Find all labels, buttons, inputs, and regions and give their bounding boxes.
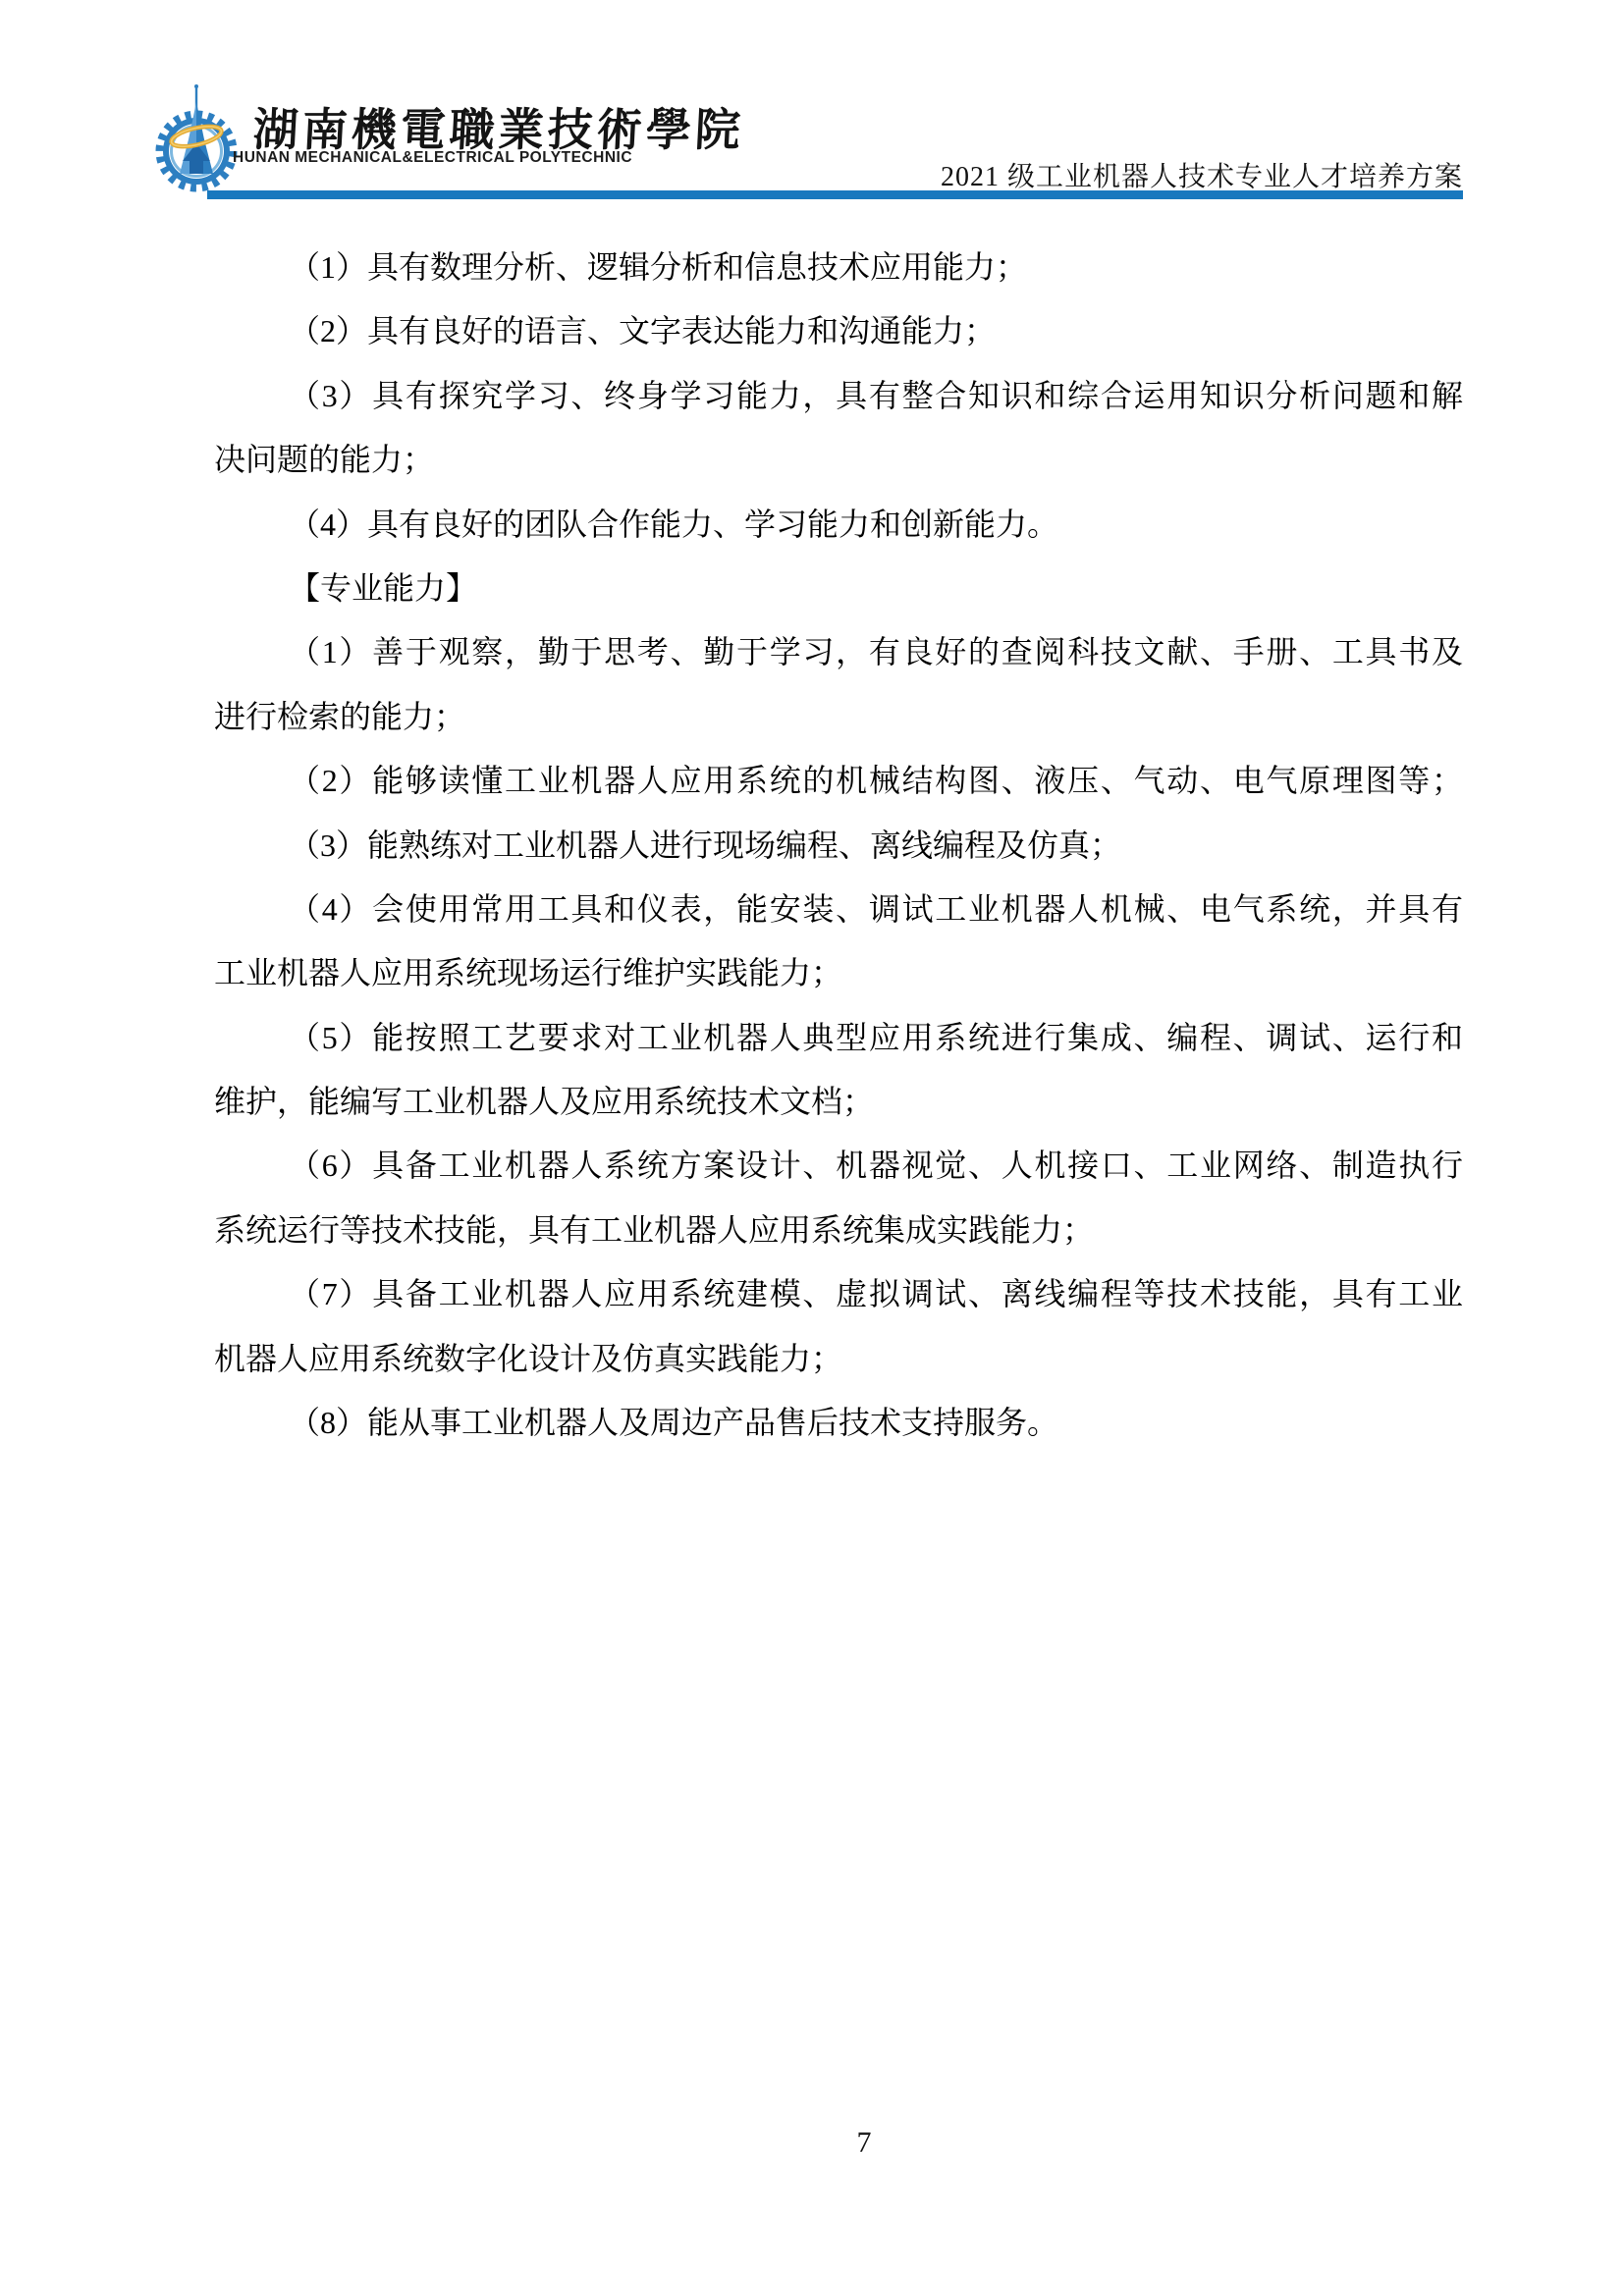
body-text: （1）具有数理分析、逻辑分析和信息技术应用能力；（2）具有良好的语言、文字表达能…: [214, 236, 1463, 1455]
college-logo: [147, 82, 245, 194]
text-line: （4）具有良好的团队合作能力、学习能力和创新能力。: [214, 493, 1463, 557]
college-name-english: HUNAN MECHANICAL&ELECTRICAL POLYTECHNIC: [233, 149, 632, 167]
text-line: 机器人应用系统数字化设计及仿真实践能力；: [214, 1327, 1463, 1391]
text-line: （6）具备工业机器人系统方案设计、机器视觉、人机接口、工业网络、制造执行: [214, 1134, 1463, 1198]
text-line: （4）会使用常用工具和仪表，能安装、调试工业机器人机械、电气系统，并具有: [214, 878, 1463, 941]
text-line: 进行检索的能力；: [214, 685, 1463, 749]
text-line: （1）善于观察，勤于思考、勤于学习，有良好的查阅科技文献、手册、工具书及: [214, 620, 1463, 684]
page-number: 7: [0, 2126, 1624, 2160]
text-line: 系统运行等技术技能，具有工业机器人应用系统集成实践能力；: [214, 1199, 1463, 1262]
text-line: （3）具有探究学习、终身学习能力，具有整合知识和综合运用知识分析问题和解: [214, 364, 1463, 428]
text-line: （2）具有良好的语言、文字表达能力和沟通能力；: [214, 299, 1463, 363]
text-line: 决问题的能力；: [214, 428, 1463, 492]
document-title: 2021 级工业机器人技术专业人才培养方案: [941, 155, 1463, 194]
text-line: （8）能从事工业机器人及周边产品售后技术支持服务。: [214, 1391, 1463, 1455]
text-line: （3）能熟练对工业机器人进行现场编程、离线编程及仿真；: [214, 814, 1463, 878]
document-page: 湖南機電職業技術學院 HUNAN MECHANICAL&ELECTRICAL P…: [0, 0, 1624, 2296]
text-line: （7）具备工业机器人应用系统建模、虚拟调试、离线编程等技术技能，具有工业: [214, 1262, 1463, 1326]
text-line: （5）能按照工艺要求对工业机器人典型应用系统进行集成、编程、调试、运行和: [214, 1006, 1463, 1070]
text-line: 维护，能编写工业机器人及应用系统技术文档；: [214, 1070, 1463, 1134]
text-line: 工业机器人应用系统现场运行维护实践能力；: [214, 941, 1463, 1005]
text-line: 【专业能力】: [214, 557, 1463, 620]
header-rule: [207, 190, 1463, 199]
college-logo-gear-icon: [147, 82, 245, 194]
text-line: （2）能够读懂工业机器人应用系统的机械结构图、液压、气动、电气原理图等；: [214, 749, 1463, 813]
text-line: （1）具有数理分析、逻辑分析和信息技术应用能力；: [214, 236, 1463, 299]
